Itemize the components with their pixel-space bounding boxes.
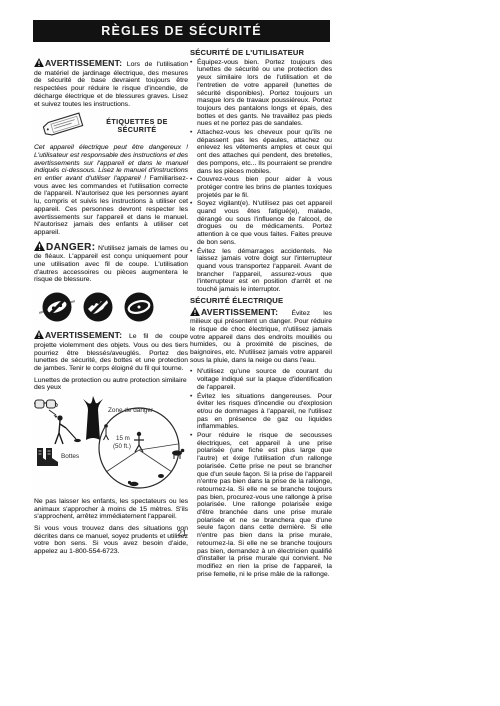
no-flail-blade-icon: [39, 289, 75, 325]
list-item-text: Couvrez-vous bien pour aider à vous prot…: [197, 176, 332, 199]
manual-page: RÈGLES DE SÉCURITÉ AVERTISSEMENT: Lors d…: [32, 18, 332, 558]
bullet-marker: •: [190, 176, 197, 199]
boots-label: Bottes: [61, 453, 79, 460]
list-item: •Attachez-vous les cheveux pour qu'ils n…: [190, 129, 332, 175]
list-item-text: Pour réduire le risque de secousses élec…: [197, 432, 332, 578]
list-item-text: N'utilisez qu'une source de courant du v…: [197, 368, 332, 391]
warning-triangle-icon: [34, 241, 45, 254]
list-item-text: Évitez les situations dangereuses. Pour …: [197, 393, 332, 432]
bystander-figures: [104, 424, 185, 486]
page-number: 21: [170, 528, 194, 538]
list-item: •Couvrez-vous bien pour aider à vous pro…: [190, 176, 332, 199]
operator-figure: [55, 415, 81, 444]
safety-goggles-icon: [34, 400, 57, 408]
list-item: •Équipez-vous bien. Portez toujours des …: [190, 59, 332, 128]
bullet-marker: •: [190, 248, 197, 294]
warning-label: AVERTISSEMENT:: [45, 58, 122, 68]
warning-triangle-icon: [34, 58, 44, 70]
warning-label: AVERTISSEMENT:: [201, 307, 278, 317]
list-item-text: Soyez vigilant(e). N'utilisez pas cet ap…: [197, 200, 332, 246]
electric-safety-heading: SÉCURITÉ ÉLECTRIQUE: [190, 297, 332, 305]
bullet-marker: •: [190, 432, 197, 578]
intro-paragraph: Cet appareil électrique peut être danger…: [34, 144, 188, 236]
common-sense-paragraph: Si vous vous trouvez dans des situations…: [34, 525, 188, 556]
page-title: RÈGLES DE SÉCURITÉ: [101, 24, 262, 38]
bullet-marker: •: [190, 368, 197, 391]
list-item: •Évitez les démarrages accidentels. Ne l…: [190, 248, 332, 294]
warning-text: Évitez les milieux qui présentent un dan…: [190, 310, 332, 364]
list-item: •Soyez vigilant(e). N'utilisez pas cet a…: [190, 200, 332, 246]
intro-rest-text: Familiarisez-vous avec les commandes et …: [34, 175, 188, 236]
page-title-bar: RÈGLES DE SÉCURITÉ: [33, 20, 330, 42]
danger-zone-diagram: Zone de danger 15 m (50 ft.) Bottes: [34, 396, 188, 496]
bullet-marker: •: [190, 129, 197, 175]
no-saw-blade-icon: [80, 289, 116, 325]
danger-label: DANGER:: [46, 242, 95, 253]
electric-warning-paragraph: AVERTISSEMENT: Évitez les milieux qui pr…: [190, 307, 332, 365]
radius-metric-label: 15 m: [116, 435, 130, 442]
right-column: SÉCURITÉ DE L'UTILISATEUR •Équipez-vous …: [190, 46, 332, 579]
list-item-text: Attachez-vous les cheveux pour qu'ils ne…: [197, 129, 332, 175]
no-metal-blade-icon: [121, 289, 157, 325]
danger-paragraph: DANGER: N'utilisez jamais de lames ou de…: [34, 241, 188, 285]
safety-labels-title: ÉTIQUETTES DE SÉCURITÉ: [100, 118, 174, 135]
bullet-marker: •: [190, 393, 197, 432]
center-operator-figure: [134, 432, 144, 452]
zone-label: Zone de danger: [108, 407, 154, 414]
warning-triangle-icon: [190, 307, 200, 319]
bystanders-paragraph: Ne pas laisser les enfants, les spectate…: [34, 498, 188, 521]
list-item-text: Évitez les démarrages accidentels. Ne la…: [197, 248, 332, 294]
electric-safety-list: •N'utilisez qu'une source de courant du …: [190, 368, 332, 578]
user-safety-heading: SÉCURITÉ DE L'UTILISATEUR: [190, 49, 332, 57]
bullet-marker: •: [190, 200, 197, 246]
goggles-caption: Lunettes de protection ou autre protecti…: [34, 377, 188, 392]
warning-paragraph-1: AVERTISSEMENT: Lors de l'utilisation de …: [34, 58, 188, 108]
list-item: •Évitez les situations dangereuses. Pour…: [190, 393, 332, 432]
danger-zone-circle: [99, 408, 179, 488]
user-safety-list: •Équipez-vous bien. Portez toujours des …: [190, 59, 332, 294]
radius-imperial-label: (50 ft.): [113, 443, 131, 450]
scanned-manual-page: { "page": { "header_title": "RÈGLES DE S…: [0, 0, 500, 706]
boots-icon: [37, 448, 58, 466]
warning-paragraph-2: AVERTISSEMENT: Le fil de coupe projette …: [34, 330, 188, 373]
safety-label-icon: [38, 112, 90, 140]
safety-labels-row: ÉTIQUETTES DE SÉCURITÉ: [38, 112, 188, 140]
list-item: •Pour réduire le risque de secousses éle…: [190, 432, 332, 578]
left-column: AVERTISSEMENT: Lors de l'utilisation de …: [34, 58, 188, 560]
list-item: •N'utilisez qu'une source de courant du …: [190, 368, 332, 391]
bullet-marker: •: [190, 59, 197, 128]
list-item-text: Équipez-vous bien. Portez toujours des l…: [197, 59, 332, 128]
warning-triangle-icon: [34, 330, 44, 342]
warning-label: AVERTISSEMENT:: [45, 330, 122, 340]
no-blade-pictograms: [39, 289, 188, 325]
arrow: [49, 410, 58, 418]
tree-icon: [83, 396, 103, 440]
